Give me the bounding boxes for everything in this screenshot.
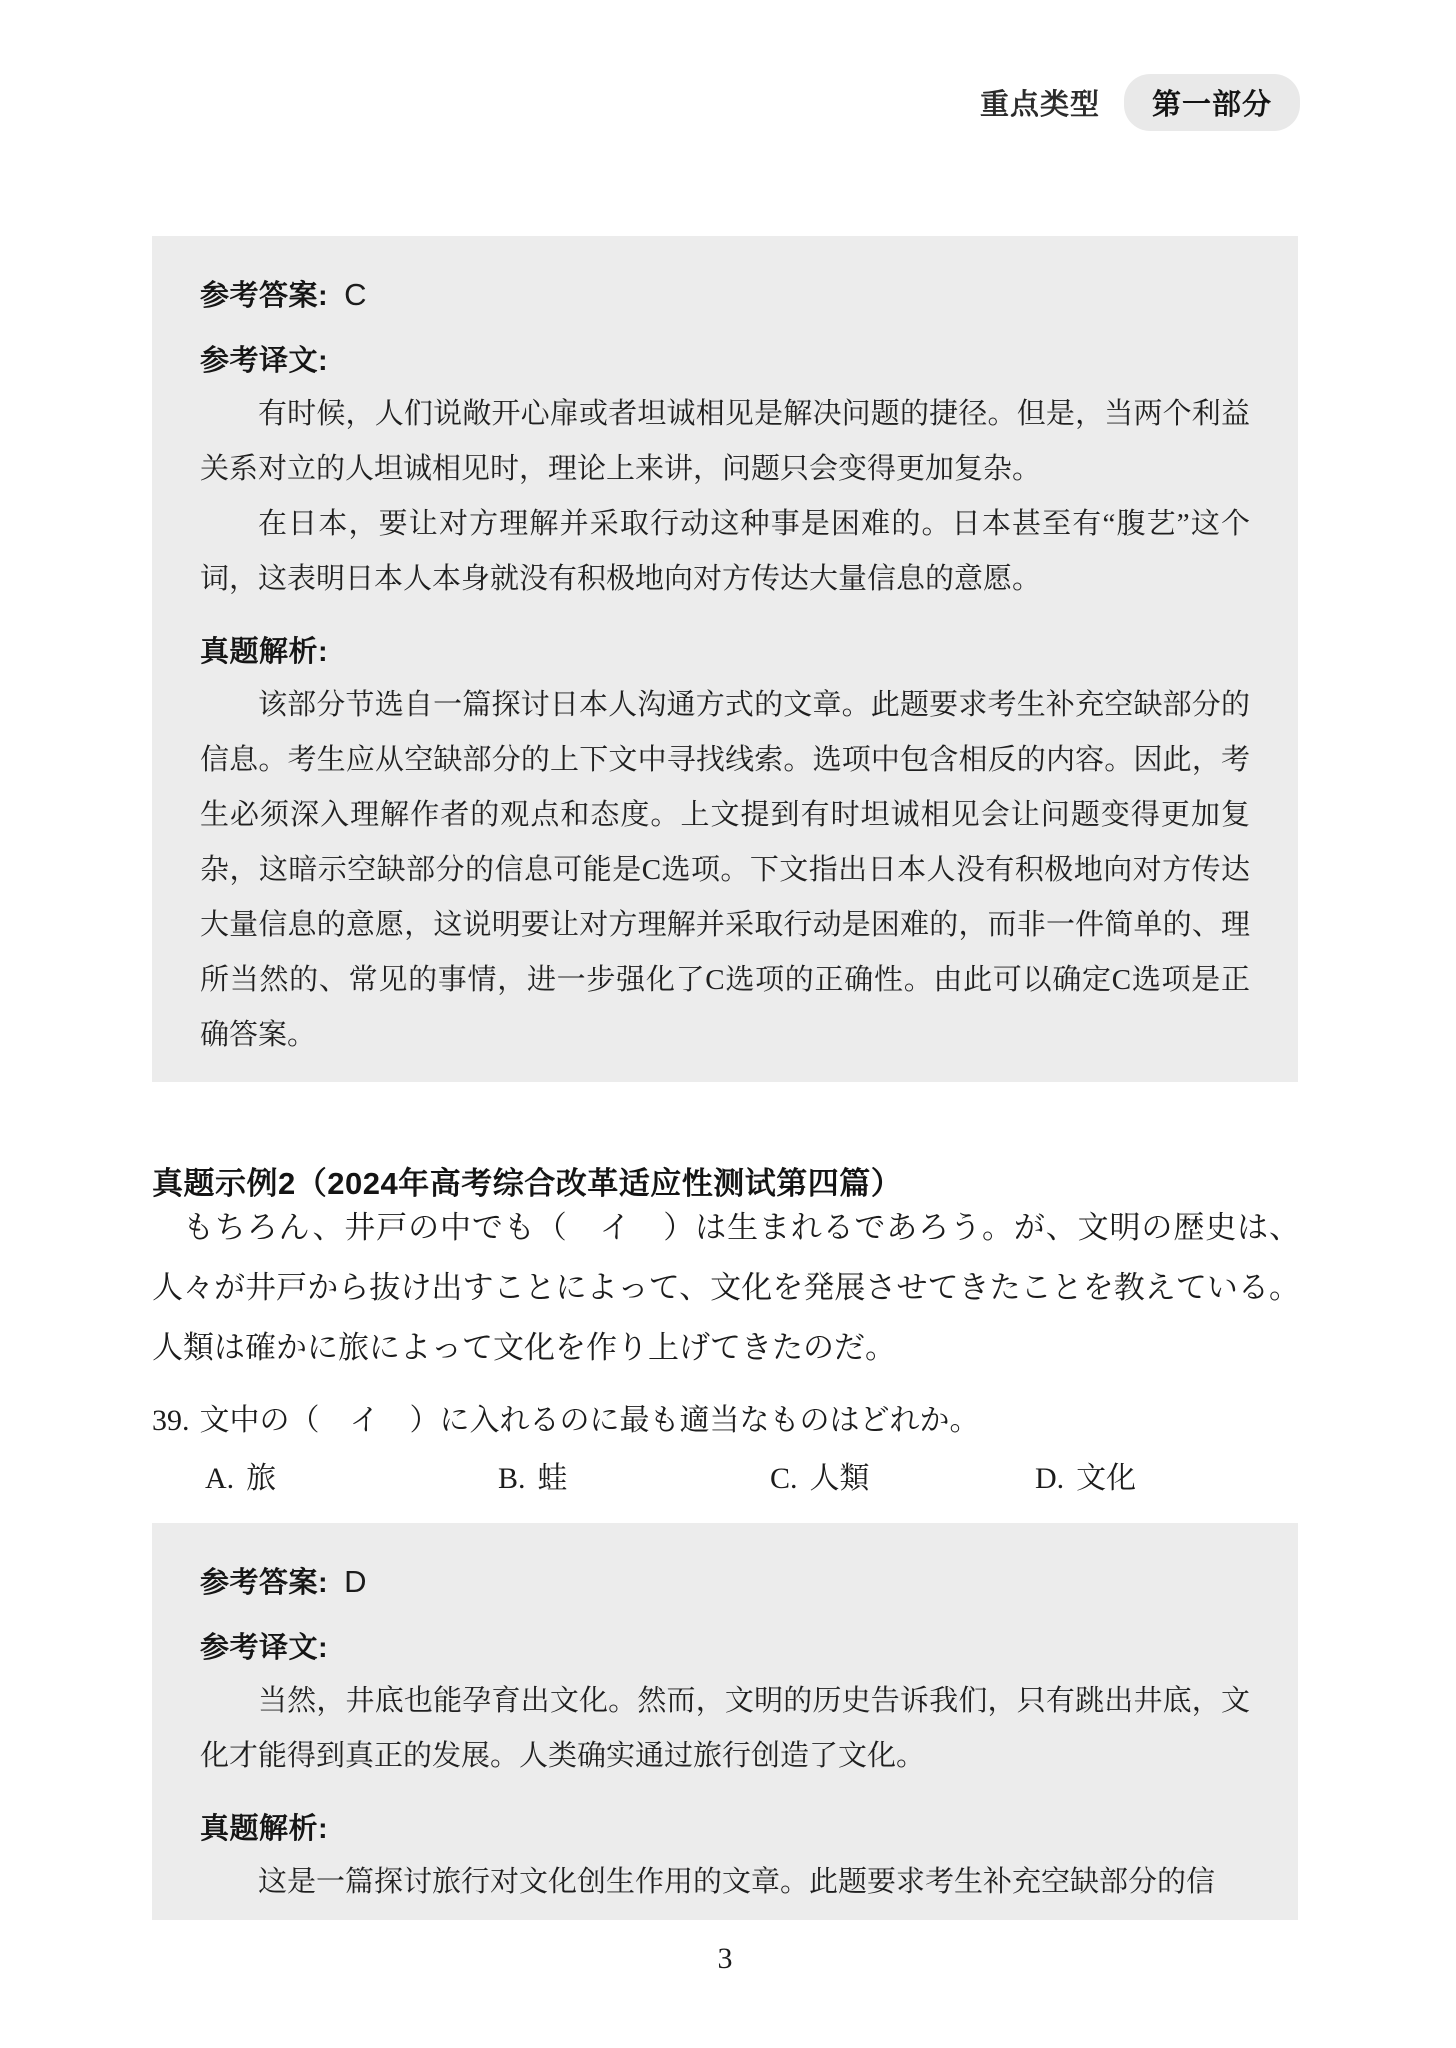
- analysis-label: 真题解析:: [200, 632, 1250, 672]
- option-d: D. 文化: [1035, 1458, 1300, 1500]
- options-row: A. 旅 B. 蛙 C. 人類 D. 文化: [205, 1458, 1300, 1500]
- option-d-text: 文化: [1076, 1458, 1136, 1500]
- analysis-paragraph: 该部分节选自一篇探讨日本人沟通方式的文章。此题要求考生补充空缺部分的信息。考生应…: [200, 678, 1250, 1063]
- option-c-text: 人類: [810, 1458, 870, 1500]
- japanese-passage: もちろん、井戸の中でも（ イ ）は生まれるであろう。が、文明の歴史は、人々が井戸…: [152, 1198, 1300, 1378]
- question-39: 39.文中の（ イ ）に入れるのに最も適当なものはどれか。: [152, 1400, 1300, 1442]
- option-c: C. 人類: [770, 1458, 1035, 1500]
- page-header: 重点类型 第一部分: [980, 74, 1300, 131]
- answer-line: 参考答案: D: [200, 1563, 1250, 1603]
- answer-value: D: [344, 1564, 366, 1600]
- option-b: B. 蛙: [498, 1458, 770, 1500]
- translation-paragraph: 当然，井底也能孕育出文化。然而，文明的历史告诉我们，只有跳出井底，文化才能得到真…: [200, 1674, 1250, 1784]
- translation-paragraph: 有时候，人们说敞开心扉或者坦诚相见是解决问题的捷径。但是，当两个利益关系对立的人…: [200, 387, 1250, 497]
- translation-paragraph: 在日本，要让对方理解并采取行动这种事是困难的。日本甚至有“腹艺”这个词，这表明日…: [200, 497, 1250, 607]
- book-page: 重点类型 第一部分 参考答案: C 参考译文: 有时候，人们说敞开心扉或者坦诚相…: [0, 0, 1456, 2048]
- answer-value: C: [344, 277, 366, 313]
- option-a-label: A.: [205, 1458, 234, 1500]
- part-badge: 第一部分: [1124, 74, 1300, 131]
- translation-paragraphs: 当然，井底也能孕育出文化。然而，文明的历史告诉我们，只有跳出井底，文化才能得到真…: [200, 1674, 1250, 1784]
- question-number: 39.: [152, 1404, 190, 1437]
- example1-answer-box: 参考答案: C 参考译文: 有时候，人们说敞开心扉或者坦诚相见是解决问题的捷径。…: [152, 236, 1298, 1082]
- answer-line: 参考答案: C: [200, 276, 1250, 316]
- translation-label: 参考译文:: [200, 1628, 1250, 1668]
- option-b-text: 蛙: [538, 1458, 568, 1500]
- answer-label: 参考答案:: [200, 276, 328, 316]
- option-a-text: 旅: [246, 1458, 276, 1500]
- example2-heading: 真题示例2（2024年高考综合改革适应性测试第四篇）: [152, 1158, 1298, 1203]
- option-b-label: B.: [498, 1458, 526, 1500]
- header-section-label: 重点类型: [980, 82, 1100, 123]
- page-number: 3: [152, 1942, 1298, 1976]
- option-a: A. 旅: [205, 1458, 498, 1500]
- translation-paragraphs: 有时候，人们说敞开心扉或者坦诚相见是解决问题的捷径。但是，当两个利益关系对立的人…: [200, 387, 1250, 607]
- option-d-label: D.: [1035, 1458, 1064, 1500]
- analysis-paragraph: 这是一篇探讨旅行对文化创生作用的文章。此题要求考生补充空缺部分的信: [200, 1855, 1250, 1910]
- option-c-label: C.: [770, 1458, 798, 1500]
- analysis-label: 真题解析:: [200, 1809, 1250, 1849]
- question-text: 文中の（ イ ）に入れるのに最も適当なものはどれか。: [200, 1404, 980, 1437]
- example2-answer-box: 参考答案: D 参考译文: 当然，井底也能孕育出文化。然而，文明的历史告诉我们，…: [152, 1523, 1298, 1920]
- answer-label: 参考答案:: [200, 1563, 328, 1603]
- translation-label: 参考译文:: [200, 341, 1250, 381]
